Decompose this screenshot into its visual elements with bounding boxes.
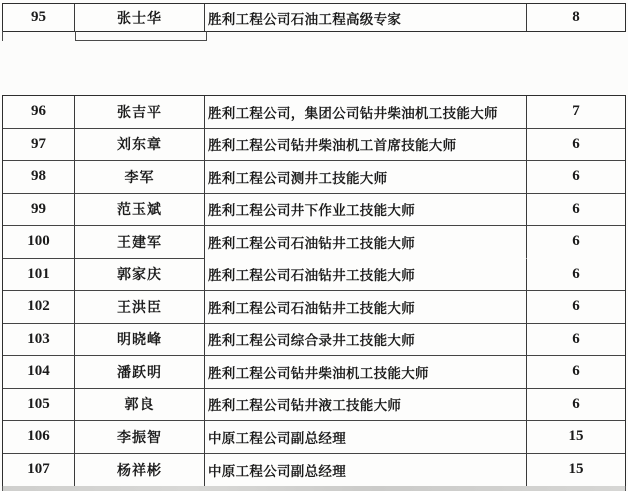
cell-score: 15 <box>527 421 625 454</box>
cell-person-name: 明晓峰 <box>75 324 205 357</box>
stub-left-border <box>2 31 3 41</box>
cell-row-number: 97 <box>3 129 75 162</box>
cell-job-title: 中原工程公司副总经理 <box>205 421 527 454</box>
main-table: 96张吉平胜利工程公司，集团公司钻井柴油机工技能大师797刘东章胜利工程公司钻井… <box>2 95 626 487</box>
cell-person-name: 郭家庆 <box>75 259 205 292</box>
scanned-document-page: 95张士华胜利工程公司石油工程高级专家8 96张吉平胜利工程公司，集团公司钻井柴… <box>0 0 628 491</box>
page-break-row-stub <box>2 31 624 41</box>
cell-score: 6 <box>527 161 625 194</box>
cell-row-number: 107 <box>3 454 75 487</box>
cell-person-name: 刘东章 <box>75 129 205 162</box>
cell-job-title: 胜利工程公司测井工技能大师 <box>205 161 527 194</box>
cell-score: 6 <box>527 356 625 389</box>
cell-job-title: 胜利工程公司石油钻井工技能大师 <box>205 291 527 324</box>
cell-person-name: 王洪臣 <box>75 291 205 324</box>
cell-score: 6 <box>527 129 625 162</box>
cell-person-name: 李振智 <box>75 421 205 454</box>
cell-row-number: 95 <box>3 4 75 31</box>
cell-job-title: 胜利工程公司钻井柴油机工技能大师 <box>205 356 527 389</box>
cell-job-title: 胜利工程公司，集团公司钻井柴油机工技能大师 <box>205 96 527 129</box>
cell-score: 15 <box>527 454 625 487</box>
cell-score: 6 <box>527 291 625 324</box>
cell-person-name: 潘跃明 <box>75 356 205 389</box>
cell-score: 6 <box>527 259 625 292</box>
upper-table-fragment: 95张士华胜利工程公司石油工程高级专家8 <box>2 3 626 32</box>
stub-name-cell-outline <box>75 31 207 41</box>
cell-job-title: 胜利工程公司综合录井工技能大师 <box>205 324 527 357</box>
cell-row-number: 102 <box>3 291 75 324</box>
cell-job-title: 胜利工程公司钻井液工技能大师 <box>205 389 527 422</box>
cell-job-title: 胜利工程公司石油钻井工技能大师 <box>205 226 527 259</box>
cell-row-number: 99 <box>3 194 75 227</box>
cell-person-name: 杨祥彬 <box>75 454 205 487</box>
cell-row-number: 98 <box>3 161 75 194</box>
cell-job-title: 胜利工程公司石油工程高级专家 <box>205 4 527 31</box>
cell-row-number: 105 <box>3 389 75 422</box>
cell-job-title: 中原工程公司副总经理 <box>205 454 527 487</box>
cell-score: 6 <box>527 389 625 422</box>
cell-row-number: 106 <box>3 421 75 454</box>
cell-score: 6 <box>527 226 625 259</box>
cell-job-title: 胜利工程公司钻井柴油机工首席技能大师 <box>205 129 527 162</box>
cell-row-number: 103 <box>3 324 75 357</box>
cell-row-number: 104 <box>3 356 75 389</box>
cell-person-name: 张吉平 <box>75 96 205 129</box>
cell-score: 7 <box>527 96 625 129</box>
cell-score: 6 <box>527 324 625 357</box>
cell-score: 6 <box>527 194 625 227</box>
cell-job-title: 胜利工程公司石油钻井工技能大师 <box>205 259 527 292</box>
cell-row-number: 101 <box>3 259 75 292</box>
cell-person-name: 范玉斌 <box>75 194 205 227</box>
cell-row-number: 100 <box>3 226 75 259</box>
cell-person-name: 王建军 <box>75 226 205 259</box>
cell-row-number: 96 <box>3 96 75 129</box>
cell-person-name: 张士华 <box>75 4 205 31</box>
cell-person-name: 郭良 <box>75 389 205 422</box>
cut-off-next-row <box>2 486 626 491</box>
cell-person-name: 李军 <box>75 161 205 194</box>
cell-job-title: 胜利工程公司井下作业工技能大师 <box>205 194 527 227</box>
cell-score: 8 <box>527 4 625 31</box>
